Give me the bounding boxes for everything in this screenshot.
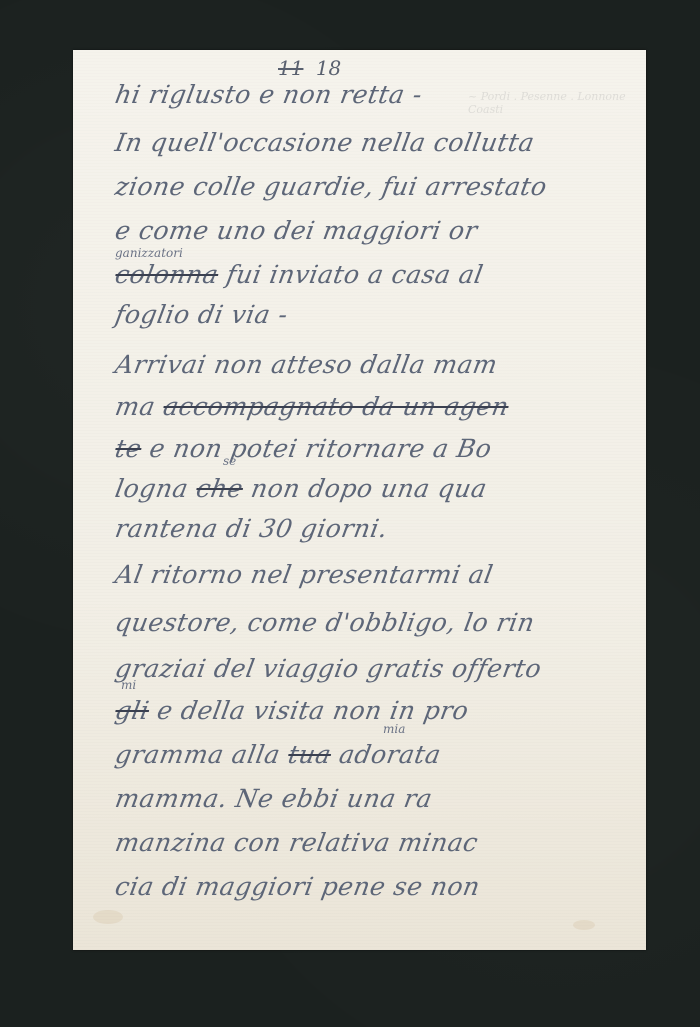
insertion-above-line-5: ganizzatori xyxy=(115,246,183,260)
deleted-word: tua xyxy=(286,740,334,769)
line-text: Al ritorno nel presentarmi al xyxy=(113,560,495,589)
line-text: ma xyxy=(113,392,158,421)
manuscript-line-3: zione colle guardie, fui arrestato xyxy=(113,172,628,201)
line-text: cia di maggiori pene se non xyxy=(113,872,482,901)
insertion-above-line-10: se xyxy=(223,454,236,468)
insertion-above-line-15: mi xyxy=(121,678,136,692)
insertion-above-line-16: mia xyxy=(383,722,405,736)
line-text: e come uno dei maggiori or xyxy=(113,216,480,245)
line-text-continued: non dopo una qua xyxy=(249,474,489,503)
line-text: gramma alla xyxy=(113,740,283,769)
line-text: hi riglusto e non retta - xyxy=(113,80,425,109)
manuscript-line-8: ma accompagnato da un agen xyxy=(113,392,628,421)
manuscript-line-16: gramma alla tua adorata xyxy=(113,740,628,769)
deleted-phrase: accompagnato da un agen xyxy=(161,392,511,421)
line-text: zione colle guardie, fui arrestato xyxy=(113,172,549,201)
line-text: e della visita non in pro xyxy=(155,696,471,725)
manuscript-line-5: colonna fui inviato a casa al xyxy=(113,260,628,289)
manuscript-line-15: gli e della visita non in pro xyxy=(113,696,628,725)
line-text: e non potei ritornare a Bo xyxy=(147,434,494,463)
deleted-word: gli xyxy=(113,696,152,725)
deleted-word: te xyxy=(113,434,144,463)
line-text: manzina con relativa minac xyxy=(113,828,480,857)
manuscript-line-12: Al ritorno nel presentarmi al xyxy=(113,560,628,589)
deleted-word: colonna xyxy=(113,260,221,289)
manuscript-line-19: cia di maggiori pene se non xyxy=(113,872,628,901)
manuscript-line-2: In quell'occasione nella collutta xyxy=(113,128,628,157)
manuscript-line-4: e come uno dei maggiori or xyxy=(113,216,628,245)
manuscript-line-1: hi riglusto e non retta - xyxy=(113,80,628,109)
line-text: questore, come d'obbligo, lo rin xyxy=(113,608,537,637)
manuscript-line-17: mamma. Ne ebbi una ra xyxy=(113,784,628,813)
manuscript-line-14: graziai del viaggio gratis offerto xyxy=(113,654,628,683)
line-text-continued: adorata xyxy=(337,740,443,769)
manuscript-line-11: rantena di 30 giorni. xyxy=(113,514,628,543)
manuscript-line-9: te e non potei ritornare a Bo xyxy=(113,434,628,463)
line-text: graziai del viaggio gratis offerto xyxy=(113,654,544,683)
line-text: mamma. Ne ebbi una ra xyxy=(113,784,435,813)
manuscript-page: ~ Pordi . Pesenne . Lonnone Coasti 11 18… xyxy=(73,50,646,950)
manuscript-line-10: logna che non dopo una qua xyxy=(113,474,628,503)
paper-stain xyxy=(93,910,123,924)
line-text: foglio di via - xyxy=(113,300,290,329)
line-text: logna xyxy=(113,474,191,503)
page-number-current: 18 xyxy=(316,56,341,80)
page-number-struck: 11 xyxy=(278,56,303,80)
line-text: In quell'occasione nella collutta xyxy=(113,128,537,157)
line-text: Arrivai non atteso dalla mam xyxy=(113,350,500,379)
manuscript-line-6: foglio di via - xyxy=(113,300,628,329)
deleted-word: che xyxy=(194,474,246,503)
manuscript-line-7: Arrivai non atteso dalla mam xyxy=(113,350,628,379)
manuscript-line-18: manzina con relativa minac xyxy=(113,828,628,857)
paper-stain xyxy=(573,920,595,930)
line-text: rantena di 30 giorni. xyxy=(113,514,390,543)
page-number: 11 18 xyxy=(278,56,341,80)
line-text: fui inviato a casa al xyxy=(224,260,485,289)
manuscript-line-13: questore, come d'obbligo, lo rin xyxy=(113,608,628,637)
